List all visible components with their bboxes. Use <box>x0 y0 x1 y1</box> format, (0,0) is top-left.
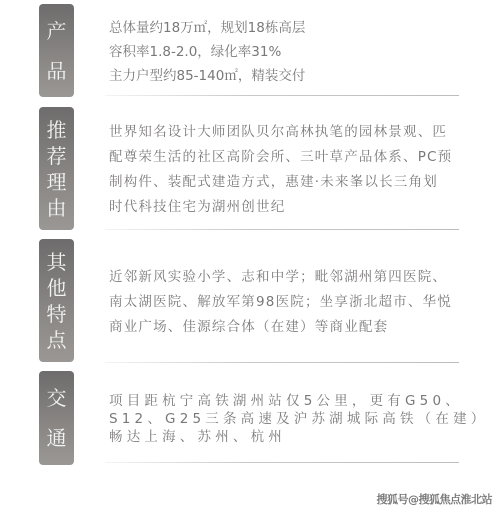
label-char: 特 <box>47 304 67 324</box>
label-char: 推 <box>47 120 67 140</box>
text-line: 世界知名设计大师团队贝尔高林执笔的园林景观、匹 <box>109 120 459 145</box>
label-char: 其 <box>47 252 67 272</box>
label-char: 交 <box>47 388 67 408</box>
watermark: 搜狐号@搜狐焦点淮北站 <box>377 491 493 507</box>
label-recommendation: 推 荐 理 由 <box>39 107 74 230</box>
text-line: 制构件、装配式建造方式，惠建·未来峯以长三角划 <box>109 170 459 195</box>
label-char: 品 <box>47 61 67 81</box>
text-line: 项目距杭宁高铁湖州站仅5公里，更有G50、 <box>109 392 459 410</box>
text-line: 商业广场、佳源综合体（在建）等商业配套 <box>109 315 459 340</box>
label-product: 产 品 <box>39 4 74 97</box>
divider <box>105 95 459 96</box>
label-char: 点 <box>47 330 67 350</box>
text-line: 近邻新风实验小学、志和中学；毗邻湖州第四医院、 <box>109 265 459 290</box>
text-line: 主力户型约85-140㎡，精装交付 <box>109 64 459 88</box>
text-line: 容积率1.8-2.0，绿化率31% <box>109 40 459 64</box>
transportation-description: 项目距杭宁高铁湖州站仅5公里，更有G50、 S12、G25三条高速及沪苏湖城际高… <box>109 392 459 446</box>
label-char: 他 <box>47 278 67 298</box>
recommendation-description: 世界知名设计大师团队贝尔高林执笔的园林景观、匹 配尊荣生活的社区高阶会所、三叶草… <box>109 120 459 220</box>
label-transportation: 交 通 <box>39 371 74 465</box>
text-line: 南太湖医院、解放军第98医院；坐享浙北超市、华悦 <box>109 290 459 315</box>
other-features-description: 近邻新风实验小学、志和中学；毗邻湖州第四医院、 南太湖医院、解放军第98医院；坐… <box>109 265 459 340</box>
text-line: 畅达上海、苏州、杭州 <box>109 428 459 446</box>
label-char: 理 <box>47 172 67 192</box>
label-char: 产 <box>47 21 67 41</box>
label-other-features: 其 他 特 点 <box>39 239 74 362</box>
product-description: 总体量约18万㎡，规划18栋高层 容积率1.8-2.0，绿化率31% 主力户型约… <box>109 16 459 88</box>
text-line: 总体量约18万㎡，规划18栋高层 <box>109 16 459 40</box>
divider <box>105 362 459 363</box>
divider <box>105 229 459 230</box>
label-char: 由 <box>47 198 67 218</box>
text-line: 时代科技住宅为湖州创世纪 <box>109 195 459 220</box>
text-line: 配尊荣生活的社区高阶会所、三叶草产品体系、PC预 <box>109 145 459 170</box>
divider <box>105 462 459 463</box>
text-line: S12、G25三条高速及沪苏湖城际高铁（在建） <box>109 410 459 428</box>
label-char: 通 <box>47 428 67 448</box>
label-char: 荐 <box>47 146 67 166</box>
